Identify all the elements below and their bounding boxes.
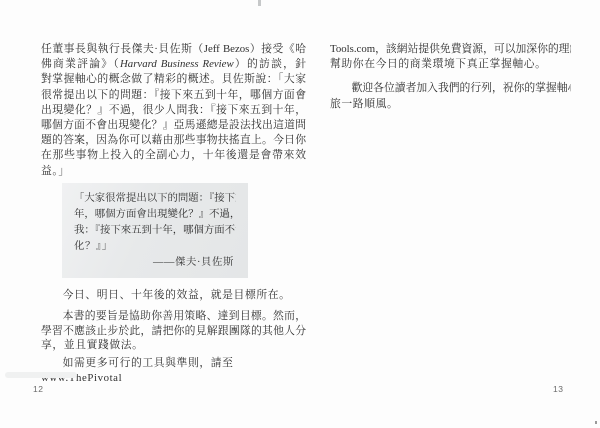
- text-line: 我：『接下來五到十年，哪個方面不會出現變: [74, 223, 236, 239]
- text-line: 題的答案，因為你可以藉由那些事物扶搖直上。今日你: [41, 133, 306, 148]
- scan-speck-top: [258, 0, 261, 6]
- scan-smudge: [5, 372, 77, 378]
- pullquote-attribution: ——傑夫·貝佐斯: [74, 255, 236, 271]
- text-line: 享，並且實踐做法。: [41, 338, 306, 353]
- pullquote-text: 「大家很常提出以下的問題：『接下來五到十年，哪個方面會出現變化？』不過，很少人問…: [74, 191, 236, 255]
- text-line: 出現變化？』不過，很少人問我：『接下來五到十年，: [41, 103, 306, 118]
- page-left: 任董事長與執行長傑夫·貝佐斯（Jeff Bezos）接受《哈佛商業評論》（Har…: [41, 42, 306, 386]
- text-line: 年，哪個方面會出現變化？』不過，很少人問: [74, 207, 236, 223]
- text-line: 很常提出以下的問題：『接下來五到十年，哪個方面會: [41, 88, 306, 103]
- text-line: 歡迎各位讀者加入我們的行列，祝你的掌握軸心之: [330, 81, 571, 96]
- text-line: 旅一路順風。: [330, 97, 571, 112]
- paragraph-website-reference: 如需更多可行的工具與準則，請至www.ThePivotal: [41, 356, 306, 386]
- text-line: 任董事長與執行長傑夫·貝佐斯（Jeff Bezos）接受《哈: [41, 42, 306, 57]
- text-line: 哪個方面不會出現變化？』亞馬遜總是設法找出這道問: [41, 118, 306, 133]
- page-right: Tools.com，該網站提供免費資源，可以加深你的理解，幫助你在今日的商業環境…: [330, 42, 571, 112]
- paragraph-website-resources: Tools.com，該網站提供免費資源，可以加深你的理解，幫助你在今日的商業環境…: [330, 42, 571, 72]
- text-line: 在那些事物上投入的全副心力，十年後還是會帶來效: [41, 148, 306, 163]
- text-line: 幫助你在今日的商業環境下真正掌握軸心。: [330, 57, 571, 72]
- text-line: Tools.com，該網站提供免費資源，可以加深你的理解，: [330, 42, 571, 57]
- text-line: 益。」: [41, 164, 306, 179]
- paragraph-bezos-interview: 任董事長與執行長傑夫·貝佐斯（Jeff Bezos）接受《哈佛商業評論》（Har…: [41, 42, 306, 179]
- text-line: 對掌握軸心的概念做了精彩的概述。貝佐斯說：「大家: [41, 72, 306, 87]
- page-number-left: 12: [33, 384, 43, 394]
- text-line: 化？』」: [74, 239, 236, 255]
- paragraph-farewell: 歡迎各位讀者加入我們的行列，祝你的掌握軸心之旅一路順風。: [330, 81, 571, 111]
- text-line: 本書的要旨是協助你善用策略、達到目標。然而，: [41, 309, 306, 324]
- text-line: 佛商業評論》（Harvard Business Review）的訪談，針: [41, 57, 306, 72]
- pullquote-box: 「大家很常提出以下的問題：『接下來五到十年，哪個方面會出現變化？』不過，很少人問…: [62, 183, 248, 278]
- text-line: 學習不應該止步於此，請把你的見解跟團隊的其他人分: [41, 324, 306, 339]
- paragraph-book-purpose: 本書的要旨是協助你善用策略、達到目標。然而，學習不應該止步於此，請把你的見解跟團…: [41, 309, 306, 353]
- scan-speck-bottom: [595, 421, 597, 424]
- text-line: 「大家很常提出以下的問題：『接下來五到十: [74, 191, 236, 207]
- paragraph-goal: 今日、明日、十年後的效益，就是目標所在。: [41, 288, 306, 303]
- page-number-right: 13: [553, 384, 563, 394]
- book-spread: 任董事長與執行長傑夫·貝佐斯（Jeff Bezos）接受《哈佛商業評論》（Har…: [0, 0, 600, 428]
